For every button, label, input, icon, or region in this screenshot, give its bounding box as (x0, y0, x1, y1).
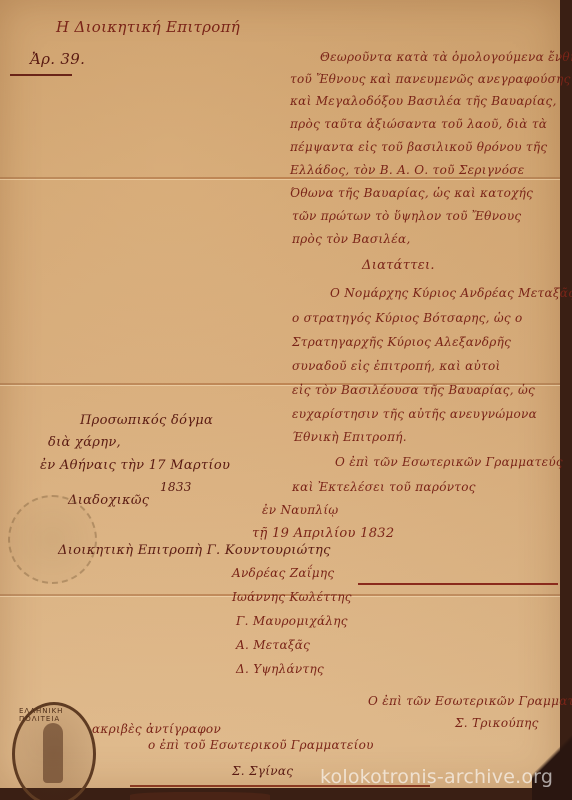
margin-note-line: διὰ χάρην, (48, 435, 121, 450)
margin-note-line: ἐν Αθήναις τὴν 17 Μαρτίου (40, 458, 230, 473)
body-line: Όθωνα τῆς Βαυαρίας, ὡς καὶ κατοχής (290, 186, 533, 200)
signature-line: Ανδρέας Ζαΐμης (232, 566, 334, 580)
background-bottom (130, 792, 270, 800)
body-line: συναδοῦ εἰς ἐπιτροπή, καὶ αὐτοὶ (292, 359, 501, 373)
signature-line: Ιωάννης Κωλέττης (232, 590, 352, 604)
body-line: Ελλάδος, τὸν Β. Α. Ο. τοῦ Σεριγνόσε (290, 163, 525, 177)
body-line: πέμψαντα εἰς τοῦ βασιλικοῦ θρόνου τῆς (290, 140, 547, 154)
background-corner (532, 730, 572, 800)
body-line: Στρατηγαρχῆς Κύριος Αλεξανδρῆς (292, 335, 511, 349)
body-line: ευχαρίστησιν τῆς αὐτῆς ανευγνώμονα (292, 407, 537, 421)
seal-figure-icon (43, 723, 63, 783)
manuscript-page: Η Διοικητική Επιτροπή Ἀρ. 39. Θεωροῦντα … (0, 0, 560, 788)
bottom-note-line2: ο ἐπὶ τοῦ Εσωτερικοῦ Γραμματείου (148, 738, 374, 752)
body-line: Ο ἐπὶ τῶν Εσωτερικῶν Γραμματεύς (335, 455, 563, 469)
bottom-note-sign: Σ. Σγίνας (232, 764, 293, 778)
margin-note-year: 1833 (160, 480, 192, 494)
official-seal-stamp: ΕΛΛΗΝΙΚΗ ΠΟΛΙΤΕΙΑ (12, 702, 96, 800)
watermark-text: kolokotronis-archive.org (320, 766, 553, 788)
signature-line: Διοικητικὴ Επιτροπὴ Γ. Κουντουριώτης (58, 543, 331, 558)
header-title: Η Διοικητική Επιτροπή (56, 18, 240, 36)
body-line: εἰς τὸν Βασιλέουσα τῆς Βαυαρίας, ὡς (292, 383, 535, 397)
body-line: ο στρατηγός Κύριος Βότσαρης, ὡς ο (292, 311, 523, 325)
seal-text: ΕΛΛΗΝΙΚΗ ΠΟΛΙΤΕΙΑ (19, 707, 93, 723)
body-line: Έθνικὴ Επιτροπή. (292, 430, 407, 444)
body-line: τοῦ Ἔθνους καὶ πανευμενῶς ανεγραφούσης (290, 72, 571, 86)
signature-divider-rule (358, 583, 558, 585)
body-line: πρὸς ταῦτα ἀξιώσαντα τοῦ λαοῦ, διὰ τὰ (290, 117, 547, 131)
body-line: πρὸς τὸν Βασιλέα, (292, 232, 411, 246)
fold-line-upper (0, 177, 560, 179)
faint-seal-impression (8, 495, 97, 584)
reference-underline (10, 74, 72, 76)
signature-line: Δ. Υψηλάντης (236, 662, 324, 676)
body-line: καὶ Μεγαλοδόξου Βασιλέα τῆς Βαυαρίας, (290, 94, 557, 108)
place-line: ἐν Ναυπλίῳ (262, 503, 338, 517)
body-line: Ο Νομάρχης Κύριος Ανδρέας Μεταξᾶς (330, 286, 572, 300)
body-line: καὶ Ἐκτελέσει τοῦ παρόντος (292, 480, 476, 494)
reference-number: Ἀρ. 39. (30, 50, 85, 68)
body-heading-orders: Διατάττει. (362, 258, 435, 273)
body-line: τῶν πρώτων τὸ ὕψηλον τοῦ Ἔθνους (292, 209, 521, 223)
signature-line: Α. Μεταξᾶς (236, 638, 310, 652)
signature-line: Γ. Μαυρομιχάλης (236, 614, 348, 628)
date-line: τῇ 19 Απριλίου 1832 (252, 526, 394, 541)
bottom-note-line1: ακριβὲς ἀντίγραφον (92, 722, 221, 736)
countersign-name: Σ. Τρικούπης (455, 716, 539, 730)
countersign-title: Ο ἐπὶ τῶν Εσωτερικῶν Γραμματεύς (368, 694, 572, 708)
margin-note-line: Προσωπικός δόγμα (80, 413, 213, 428)
body-line: Θεωροῦντα κατὰ τὰ ὁμολογούμενα ἔνθη (320, 50, 572, 64)
